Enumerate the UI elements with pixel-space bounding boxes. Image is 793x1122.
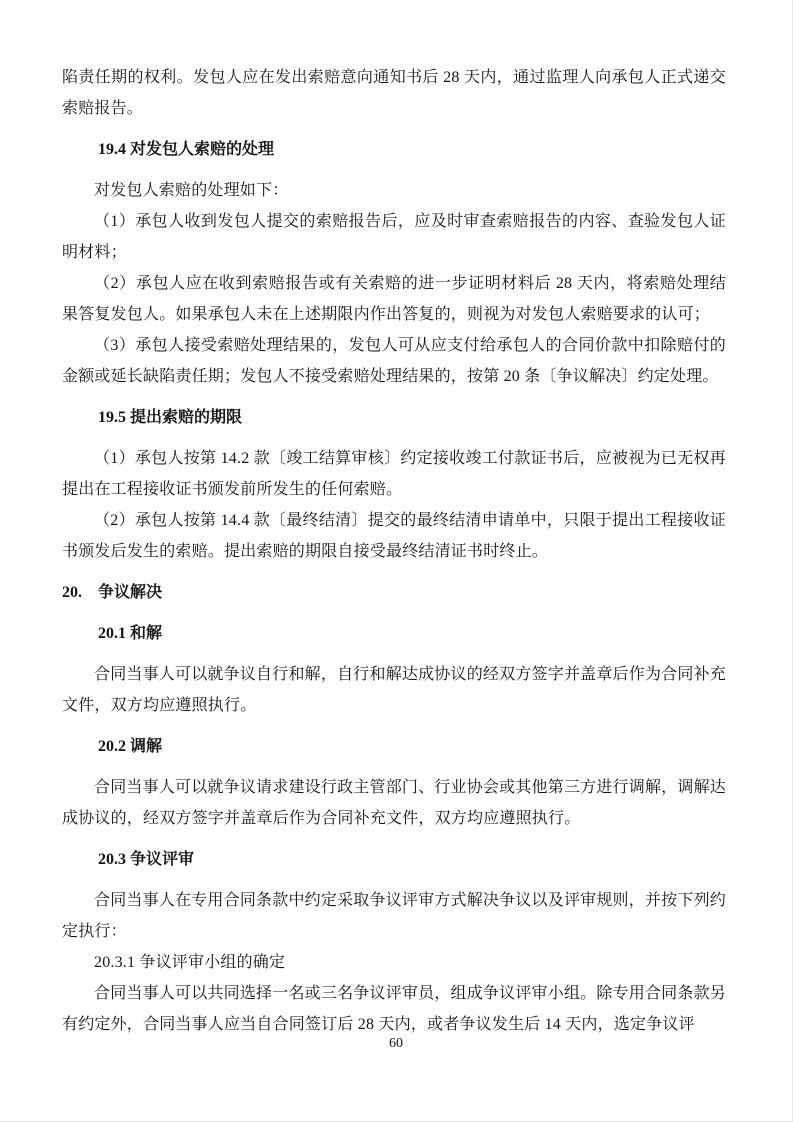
clause-number: 20. bbox=[62, 584, 82, 601]
paragraph-mediation: 合同当事人可以就争议请求建设行政主管部门、行业协会或其他第三方进行调解，调解达成… bbox=[62, 772, 726, 834]
paragraph-claim-handling-item-1: （1）承包人收到发包人提交的索赔报告后，应及时审查索赔报告的内容、查验发包人证明… bbox=[62, 206, 726, 268]
paragraph-dispute-review-intro: 合同当事人在专用合同条款中约定采取争议评审方式解决争议以及评审规则，并按下列约定… bbox=[62, 885, 726, 947]
paragraph-claim-deadline-item-1: （1）承包人按第 14.2 款〔竣工结算审核〕约定接收竣工付款证书后，应被视为已… bbox=[62, 443, 726, 505]
contract-document-page: 陷责任期的权利。发包人应在发出索赔意向通知书后 28 天内，通过监理人向承包人正… bbox=[0, 0, 793, 1122]
paragraph-claim-handling-item-3: （3）承包人接受索赔处理结果的，发包人可从应支付给承包人的合同价款中扣除赔付的金… bbox=[62, 330, 726, 392]
heading-clause-20-3: 20.3 争议评审 bbox=[62, 844, 726, 875]
heading-clause-20-1: 20.1 和解 bbox=[62, 618, 726, 649]
subclause-20-3-1-title: 20.3.1 争议评审小组的确定 bbox=[62, 947, 726, 978]
paragraph-claim-handling-intro: 对发包人索赔的处理如下： bbox=[62, 175, 726, 206]
paragraph-settlement: 合同当事人可以就争议自行和解，自行和解达成协议的经双方签字并盖章后作为合同补充文… bbox=[62, 659, 726, 721]
heading-clause-19-5: 19.5 提出索赔的期限 bbox=[62, 402, 726, 433]
heading-clause-20: 20.争议解决 bbox=[62, 577, 726, 608]
heading-clause-20-2: 20.2 调解 bbox=[62, 731, 726, 762]
paragraph-review-panel-selection: 合同当事人可以共同选择一名或三名争议评审员，组成争议评审小组。除专用合同条款另有… bbox=[62, 978, 726, 1040]
paragraph-claim-deadline-item-2: （2）承包人按第 14.4 款〔最终结清〕提交的最终结清申请单中，只限于提出工程… bbox=[62, 505, 726, 567]
page-number: 60 bbox=[0, 1034, 792, 1054]
paragraph-claim-report-continuation: 陷责任期的权利。发包人应在发出索赔意向通知书后 28 天内，通过监理人向承包人正… bbox=[62, 62, 726, 124]
heading-clause-19-4: 19.4 对发包人索赔的处理 bbox=[62, 134, 726, 165]
clause-title: 争议解决 bbox=[98, 584, 162, 601]
paragraph-claim-handling-item-2: （2）承包人应在收到索赔报告或有关索赔的进一步证明材料后 28 天内，将索赔处理… bbox=[62, 268, 726, 330]
